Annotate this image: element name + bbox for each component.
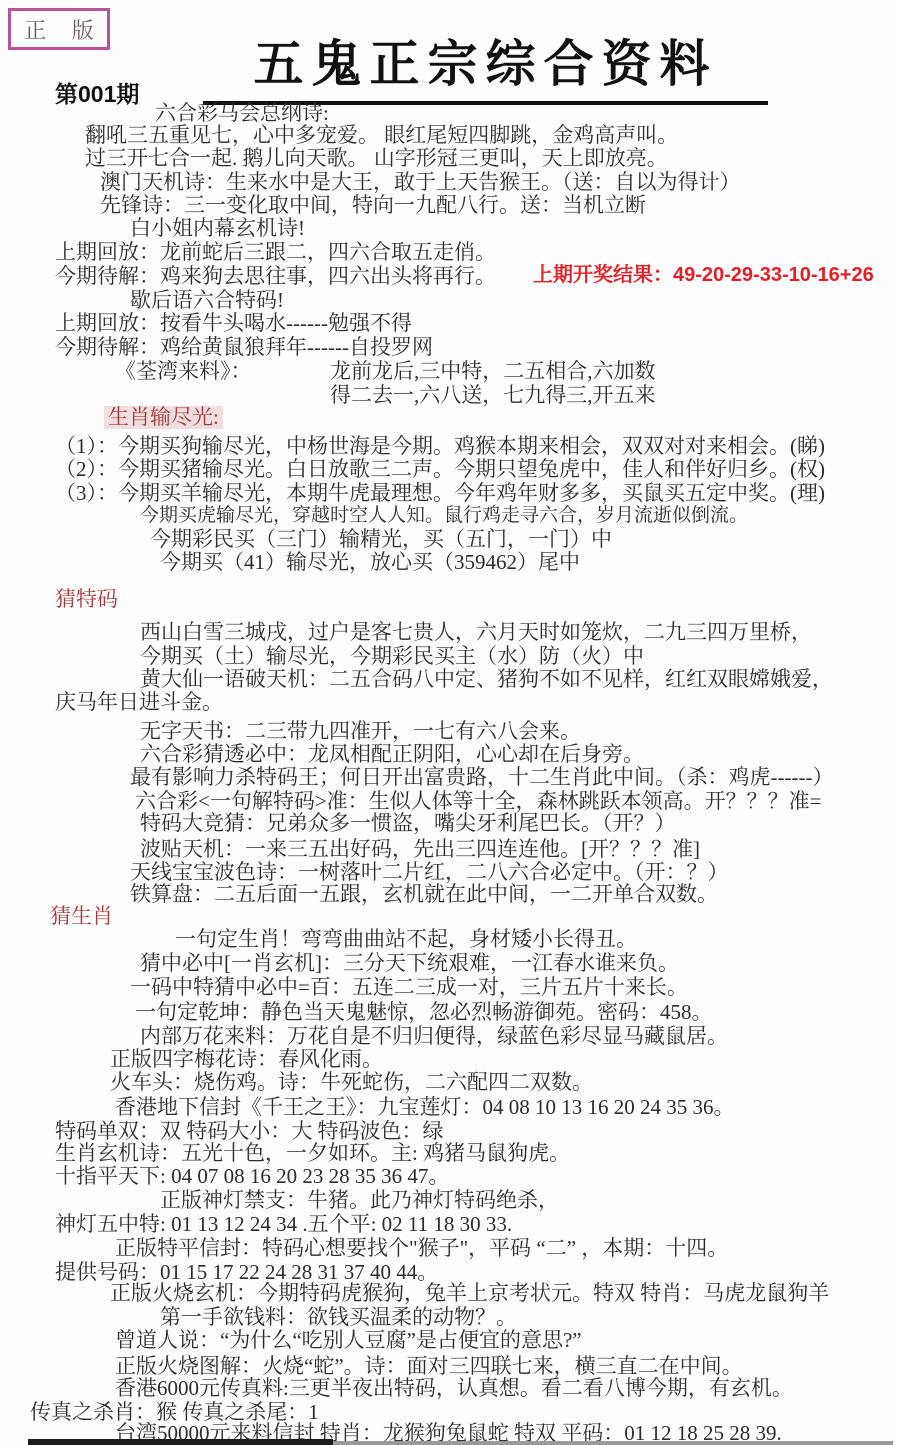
text-line: 龙前龙后,三中特，二五相合,六加数 bbox=[330, 361, 656, 382]
text-line: 今期待解：鸡给黄鼠狼拜年------自投罗网 bbox=[55, 337, 433, 358]
text-line: 香港6000元传真料:三更半夜出特码，认真想。看二看八博今期，有玄机。 bbox=[115, 1378, 793, 1399]
text-line: 今期买虎输尽光，穿越时空人人知。鼠行鸡走寻六合，岁月流逝似倒流。 bbox=[140, 506, 748, 525]
text-line: 生肖玄机诗：五光十色，一夕如环。主: 鸡猪马鼠狗虎。 bbox=[55, 1143, 570, 1164]
text-line: 过三开七合一起. 鹅儿向天歌。 山字形冠三更叫，天上即放亮。 bbox=[85, 148, 668, 169]
text-line: 特码单双：双 特码大小：大 特码波色：绿 bbox=[55, 1121, 444, 1142]
text-line: 火车头：烧伤鸡。诗：牛死蛇伤，二六配四二双数。 bbox=[110, 1072, 593, 1093]
text-line: 六合彩马会总纲诗: bbox=[155, 103, 329, 124]
text-line: 先锋诗：三一变化取中间，特向一九配八行。送：当机立断 bbox=[100, 195, 646, 216]
text-line: 一句定生肖！弯弯曲曲站不起，身材矮小长得丑。 bbox=[175, 929, 637, 950]
text-line: 黄大仙一语破天机：二五合码八中定、猪狗不如不见样，红红双眼嫦娥爱， bbox=[140, 669, 833, 690]
last-draw-result: 上期开奖结果：49-20-29-33-10-16+26 bbox=[533, 258, 874, 287]
text-line: 澳门天机诗：生来水中是大王，敢于上天告猴王。（送：自以为得计） bbox=[100, 172, 741, 193]
text-line: 十指平天下: 04 07 08 16 20 23 28 35 36 47。 bbox=[55, 1166, 449, 1187]
text-line: 今期待解：鸡来狗去思往事，四六出头将再行。 bbox=[55, 266, 496, 287]
text-line: 歇后语六合特码! bbox=[130, 290, 284, 311]
text-line: 无字天书：二三带九四准开，一七有六八会来。 bbox=[140, 721, 581, 742]
text-line: 第一手欲钱料：欲钱买温柔的动物？。 bbox=[160, 1307, 517, 1328]
text-line: 翻吼三五重见七，心中多宠爱。 眼红尾短四脚跳，金鸡高声叫。 bbox=[85, 125, 678, 146]
text-line: 西山白雪三城戌，过户是客七贵人，六月天时如笼炊，二九三四万里桥， bbox=[140, 622, 812, 643]
text-line: 正版火烧玄机：今期特码虎猴狗，兔羊上京考状元。特双 特肖：马虎龙鼠狗羊 bbox=[110, 1283, 829, 1304]
text-line: 庆马年日进斗金。 bbox=[55, 692, 223, 713]
text-line: 正版四字梅花诗：春风化雨。 bbox=[110, 1049, 383, 1070]
text-line: 铁算盘：二五后面一五跟，玄机就在此中间，一二开单合双数。 bbox=[130, 884, 718, 905]
text-line: 香港地下信封《千王之王》：九宝莲灯：04 08 10 13 16 20 24 3… bbox=[115, 1097, 735, 1118]
authenticity-stamp: 正 版 bbox=[8, 8, 110, 50]
issue-number: 第001期 bbox=[55, 76, 139, 109]
text-line: 正版神灯禁支：牛猪。此乃神灯特码绝杀， bbox=[160, 1190, 559, 1211]
text-line: 传真之杀肖：猴 传真之杀尾：1 bbox=[30, 1402, 319, 1423]
text-line: 今期彩民买（三门）输精光，买（五门，一门）中 bbox=[150, 529, 612, 550]
text-line: 今期买（土）输尽光，今期彩民买主（水）防（火）中 bbox=[140, 646, 644, 667]
page-title: 五鬼正宗综合资料 bbox=[203, 24, 768, 105]
text-line: 六合彩<一句解特码>准：生似人体等十全，森林跳跃本领高。开？？？准= bbox=[135, 791, 822, 812]
text-line: 提供号码：01 15 17 22 24 28 31 37 40 44。 bbox=[55, 1262, 438, 1283]
text-line: 上期回放：龙前蛇后三跟二，四六合取五走俏。 bbox=[55, 242, 496, 263]
text-line: 得二去一,六八送，七九得三,开五来 bbox=[330, 385, 656, 406]
text-line: 今期买（41）输尽光，放心买（359462）尾中 bbox=[160, 552, 580, 573]
text-line: 正版特平信封：特码心想要找个"猴子"，平码 “二” ，本期：十四。 bbox=[115, 1238, 728, 1259]
text-line: 生肖输尽光: bbox=[104, 406, 223, 429]
text-line: 猜生肖 bbox=[50, 906, 113, 927]
scan-artifact-bar-dark bbox=[28, 1439, 333, 1445]
text-line: （1）：今期买狗输尽光，中杨世海是今期。鸡猴本期来相会，双双对对来相会。(睇) bbox=[55, 436, 825, 457]
text-line: （3）：今期买羊输尽光，本期牛虎最理想。今年鸡年财多多，买鼠买五定中奖。(理) bbox=[55, 483, 825, 504]
authenticity-stamp-label: 正 版 bbox=[14, 14, 104, 45]
scan-artifact-bar-light bbox=[333, 1441, 893, 1445]
text-line: 六合彩猜透必中：龙凤相配正阴阳，心心却在后身旁。 bbox=[140, 744, 644, 765]
text-line: 最有影响力杀特码王；何日开出富贵路，十二生肖此中间。（杀：鸡虎------） bbox=[130, 767, 833, 788]
text-line: 内部万花来料：万花自是不归归便得，绿蓝色彩尽显马藏鼠居。 bbox=[140, 1026, 728, 1047]
lottery-tips-sheet: 正 版 五鬼正宗综合资料 第001期 上期开奖结果：49-20-29-33-10… bbox=[0, 0, 900, 1445]
text-line: 白小姐内幕玄机诗! bbox=[130, 218, 305, 239]
text-line: 正版火烧图解：火烧“蛇”。诗：面对三四联七来，横三直二在中间。 bbox=[115, 1356, 743, 1377]
text-line: 一句定乾坤：静色当天鬼魅惊，忽必烈畅游御苑。密码：458。 bbox=[135, 1002, 713, 1023]
text-line: 猜特码 bbox=[55, 589, 118, 610]
text-line: 曾道人说：“为什么“吃别人豆腐”是占便宜的意思?” bbox=[115, 1330, 582, 1351]
text-line: 波贴天机：一来三五出好码，先出三四连连他。[开？？？准] bbox=[140, 839, 700, 860]
text-line: 神灯五中特: 01 13 12 24 34 .五个平: 02 11 18 30 … bbox=[55, 1214, 512, 1235]
text-line: 猜中必中[一肖玄机]：三分天下统艰难，一江春水谁来负。 bbox=[140, 953, 679, 974]
text-line: 上期回放：按看牛头喝水------勉强不得 bbox=[55, 313, 412, 334]
text-line: （2）：今期买猪输尽光。白日放歌三二声。今期只望兔虎中，佳人和伴好归乡。(权) bbox=[55, 459, 825, 480]
text-line: 天线宝宝波色诗：一树落叶二片红，二八六合必定中。（开：？） bbox=[130, 862, 729, 883]
text-line: 特码大竞猜：兄弟众多一惯盗，嘴尖牙利尾巴长。（开？） bbox=[140, 813, 676, 834]
text-line: 《荃湾来料》： bbox=[115, 361, 252, 382]
text-line: 一码中特猜中必中=百：五连二三成一对，三片五片十来长。 bbox=[130, 977, 688, 998]
